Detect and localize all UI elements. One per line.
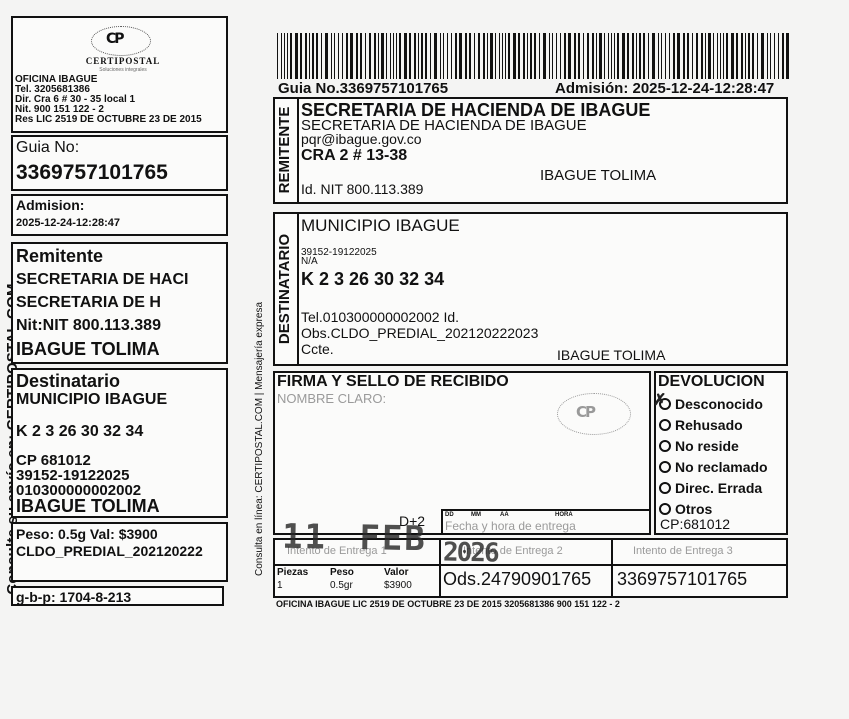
devolucion-option-label: No reclamado	[675, 459, 768, 475]
peso-box: Peso: 0.5g Val: $3900 CLDO_PREDIAL_20212…	[11, 522, 228, 582]
barcode	[277, 33, 791, 79]
destinatario-city: IBAGUE TOLIMA	[16, 497, 160, 515]
guide-number-header: Guia No.3369757101765	[278, 80, 448, 97]
check-mark-icon: ✗	[653, 390, 666, 411]
guide-remitente-box: REMITENTE SECRETARIA DE HACIENDA DE IBAG…	[273, 97, 788, 204]
guide-destinatario-city: IBAGUE TOLIMA	[557, 347, 665, 363]
devolucion-option-direc-errada[interactable]: Direc. Errada	[659, 478, 768, 499]
firma-title: FIRMA Y SELLO DE RECIBIDO	[277, 373, 509, 391]
intento-entrega-3[interactable]: Intento de Entrega 3	[633, 545, 733, 557]
guide-destinatario-tel: Tel.010300000002002 Id.	[301, 309, 538, 325]
admision-box: Admision: 2025-12-24-12:28:47	[11, 194, 228, 236]
destinatario-side-label: DESTINATARIO	[276, 229, 294, 349]
gbp-box: g-b-p: 1704-8-213	[11, 586, 224, 606]
admision-value: 2025-12-24-12:28:47	[16, 217, 120, 229]
destinatario-name: MUNICIPIO IBAGUE	[16, 391, 167, 409]
remitente-nit: Nit:NIT 800.113.389	[16, 314, 188, 337]
devolucion-cp: CP:681012	[660, 516, 730, 532]
delivery-date-field[interactable]: DD MM AA HORA Fecha y hora de entrega	[441, 509, 649, 534]
certipostal-logo: CP CERTIPOSTAL Soluciones integrales	[73, 26, 173, 76]
destinatario-cp: CP 681012	[16, 453, 141, 468]
devolucion-option-desconocido[interactable]: Desconocido✗	[659, 394, 768, 415]
guide-destinatario-name: MUNICIPIO IBAGUE	[301, 216, 460, 236]
stamp-month: FEB	[359, 518, 427, 559]
date-col-mm: MM	[471, 512, 481, 518]
radio-empty-icon[interactable]	[659, 482, 671, 494]
radio-empty-icon[interactable]	[659, 461, 671, 473]
devolucion-option-no-reclamado[interactable]: No reclamado	[659, 457, 768, 478]
watermark-cp-mark: CP	[576, 403, 594, 421]
guia-label: Guia No:	[16, 139, 79, 157]
remitente-label: Remitente	[16, 245, 103, 267]
guide-admision-header: Admisión: 2025-12-24-12:28:47	[555, 80, 774, 97]
guide-destinatario-box: DESTINATARIO MUNICIPIO IBAGUE 39152-1912…	[273, 212, 788, 366]
devolucion-option-label: Direc. Errada	[675, 480, 762, 496]
summary-valor-value: $3900	[384, 580, 412, 591]
watermark-logo: CP	[557, 393, 631, 435]
devolucion-option-label: Desconocido	[675, 396, 763, 412]
date-col-hora: HORA	[555, 512, 573, 518]
guide-remitente-id: Id. NIT 800.113.389	[301, 181, 423, 197]
devolucion-box: DEVOLUCION Desconocido✗RehusadoNo reside…	[654, 371, 788, 535]
guide-destinatario-obs: Obs.CLDO_PREDIAL_202120222023	[301, 325, 538, 341]
destinatario-ref: 39152-19122025	[16, 468, 141, 483]
radio-empty-icon[interactable]	[659, 503, 671, 515]
date-stamp-year: 2026	[443, 538, 498, 569]
guide-remitente-address: CRA 2 # 13-38	[301, 146, 650, 166]
remitente-line2: SECRETARIA DE H	[16, 291, 188, 314]
stamp-day: 11	[282, 517, 328, 558]
radio-empty-icon[interactable]	[659, 440, 671, 452]
ods-number: Ods.24790901765	[443, 569, 591, 590]
firma-box: FIRMA Y SELLO DE RECIBIDO NOMBRE CLARO: …	[273, 371, 651, 535]
devolucion-option-label: Otros	[675, 501, 712, 517]
devolucion-option-label: Rehusado	[675, 417, 743, 433]
remitente-box: Remitente SECRETARIA DE HACI SECRETARIA …	[11, 242, 228, 364]
guide-footer: OFICINA IBAGUE LIC 2519 DE OCTUBRE 23 DE…	[276, 599, 620, 609]
guide-number-footer: 3369757101765	[617, 569, 747, 590]
middle-vertical-website-text: Consulta en línea: CERTIPOSTAL.COM | Men…	[254, 316, 266, 576]
summary-peso-value: 0.5gr	[330, 580, 353, 591]
destinatario-address: K 2 3 26 30 32 34	[16, 423, 143, 441]
radio-empty-icon[interactable]	[659, 419, 671, 431]
guide-destinatario-ccte: Ccte.	[301, 341, 538, 357]
summary-peso-header: Peso	[330, 567, 354, 578]
date-col-aa: AA	[500, 512, 509, 518]
devolucion-option-label: No reside	[675, 438, 739, 454]
delivery-date-placeholder: Fecha y hora de entrega	[445, 519, 576, 533]
peso-valor: Peso: 0.5g Val: $3900	[16, 526, 158, 542]
nombre-claro-label: NOMBRE CLARO:	[277, 391, 386, 406]
guide-destinatario-address: K 2 3 26 30 32 34	[301, 269, 444, 290]
summary-piezas-header: Piezas	[277, 567, 308, 578]
guia-number: 3369757101765	[16, 161, 168, 185]
devolucion-title: DEVOLUCION	[658, 373, 765, 391]
guide-remitente-city: IBAGUE TOLIMA	[540, 167, 656, 184]
destinatario-box: Destinatario MUNICIPIO IBAGUE K 2 3 26 3…	[11, 368, 228, 518]
admision-label: Admision:	[16, 197, 84, 213]
logo-cp-mark: CP	[106, 31, 123, 47]
logo-name: CERTIPOSTAL	[73, 56, 173, 66]
guia-box: Guia No: 3369757101765	[11, 135, 228, 191]
remitente-city: IBAGUE TOLIMA	[16, 339, 160, 360]
date-stamp: 11 FEB	[282, 517, 428, 560]
office-box: CP CERTIPOSTAL Soluciones integrales OFI…	[11, 16, 228, 133]
devolucion-option-no-reside[interactable]: No reside	[659, 436, 768, 457]
remitente-side-label: REMITENTE	[276, 100, 294, 200]
logo-tagline: Soluciones integrales	[73, 67, 173, 73]
summary-piezas-value: 1	[277, 580, 283, 591]
office-resolution: Res LIC 2519 DE OCTUBRE 23 DE 2015	[15, 115, 202, 125]
summary-valor-header: Valor	[384, 567, 408, 578]
guide-remitente-email: pqr@ibague.gov.co	[301, 133, 650, 146]
destinatario-label: Destinatario	[16, 371, 120, 392]
devolucion-option-rehusado[interactable]: Rehusado	[659, 415, 768, 436]
gbp-code: g-b-p: 1704-8-213	[16, 589, 131, 605]
remitente-line1: SECRETARIA DE HACI	[16, 268, 188, 291]
observacion: CLDO_PREDIAL_202120222	[16, 543, 226, 559]
date-col-dd: DD	[445, 512, 454, 518]
guide-destinatario-na: N/A	[301, 257, 377, 266]
